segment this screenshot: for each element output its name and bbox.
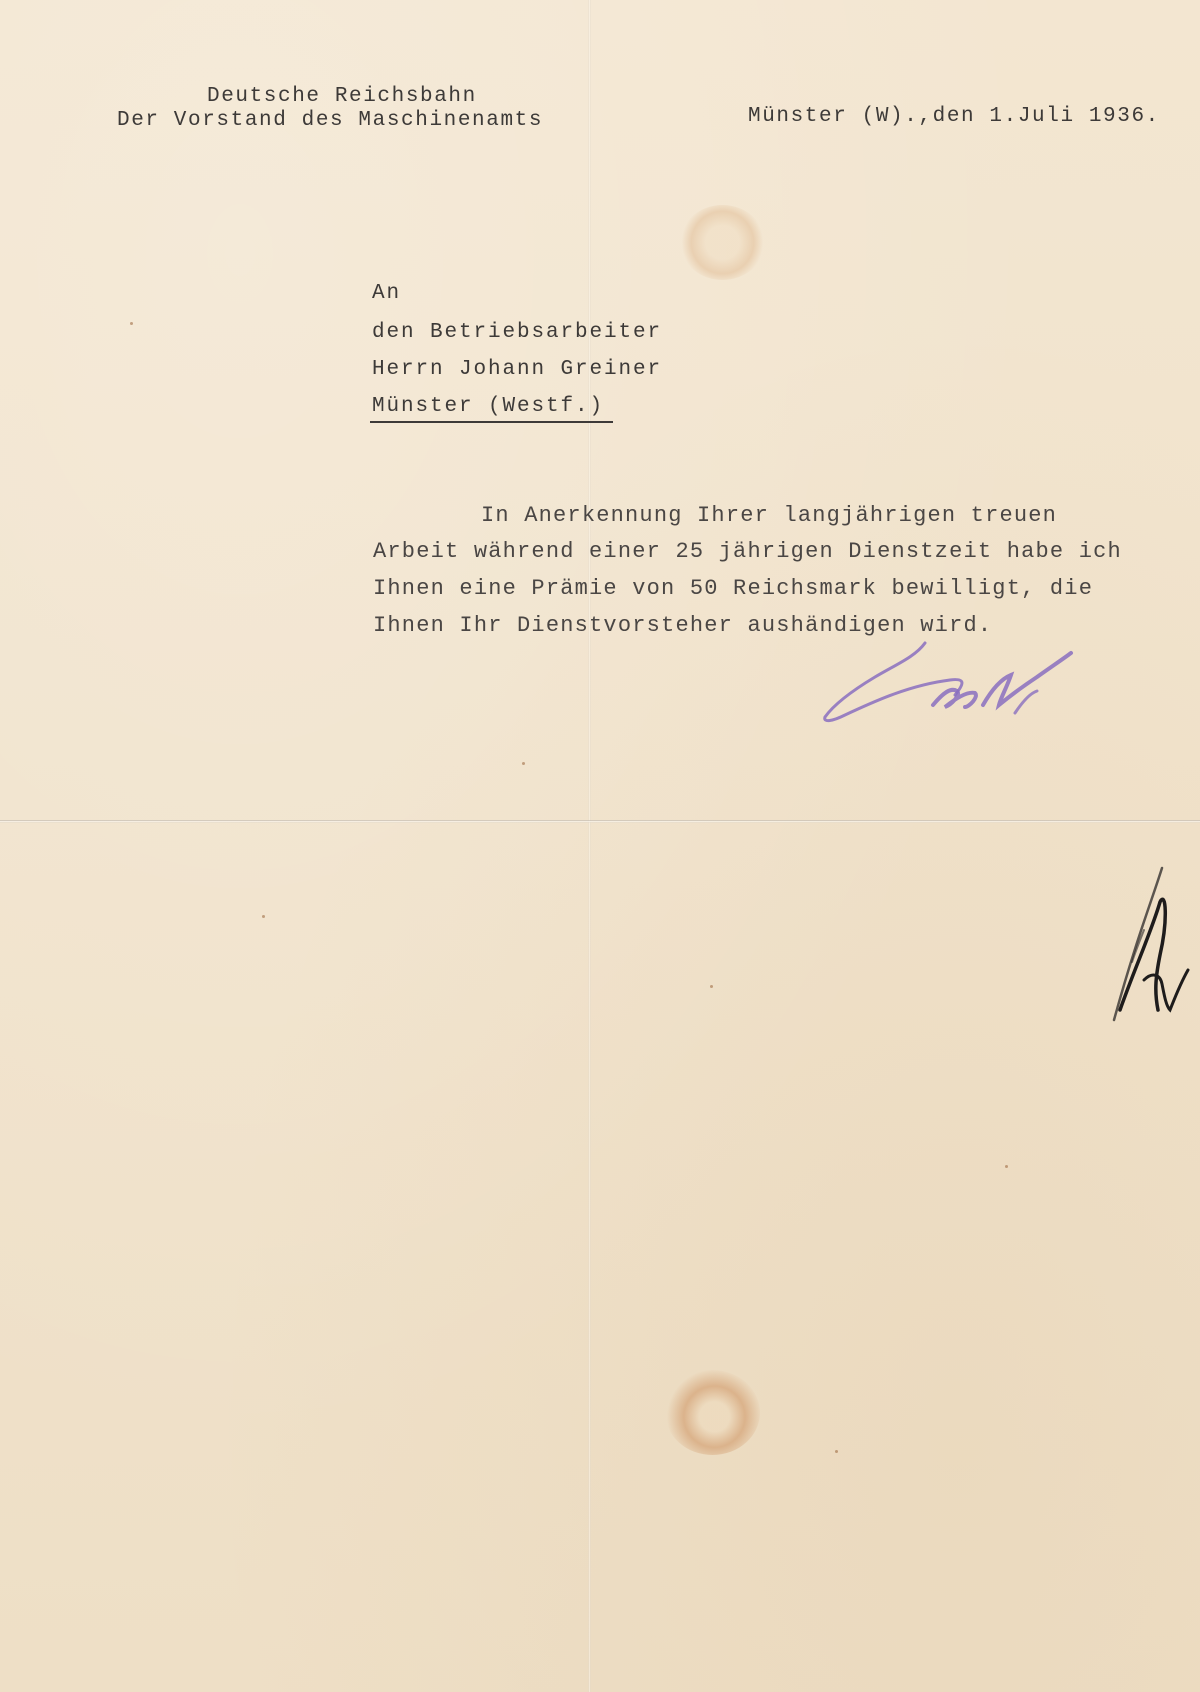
paper-speck (1005, 1165, 1008, 1168)
body-line: Ihnen eine Prämie von 50 Reichsmark bewi… (373, 578, 1093, 600)
paper-speck (130, 322, 133, 325)
horizontal-fold-line (0, 820, 1200, 823)
recipient-city-underline (370, 421, 613, 423)
body-line: Arbeit während einer 25 jährigen Dienstz… (373, 541, 1122, 563)
recipient-line: den Betriebsarbeiter (372, 322, 662, 343)
letterhead-department: Der Vorstand des Maschinenamts (117, 110, 543, 131)
recipient-line: An (372, 283, 401, 304)
black-initials-icon (1100, 860, 1190, 1030)
paper-speck (710, 985, 713, 988)
paper-speck (835, 1450, 838, 1453)
dateline: Münster (W).,den 1.Juli 1936. (748, 106, 1160, 127)
letter-page: Deutsche Reichsbahn Der Vorstand des Mas… (0, 0, 1200, 1692)
body-line: In Anerkennung Ihrer langjährigen treuen (481, 505, 1057, 527)
paper-speck (522, 762, 525, 765)
coffee-stain-bottom (665, 1370, 760, 1455)
purple-signature-icon (815, 635, 1075, 735)
letterhead-organization: Deutsche Reichsbahn (207, 86, 477, 107)
paper-speck (262, 915, 265, 918)
recipient-city: Münster (Westf.) (372, 396, 604, 417)
coffee-stain-top (680, 205, 765, 280)
body-line: Ihnen Ihr Dienstvorsteher aushändigen wi… (373, 615, 992, 637)
vertical-fold-line (588, 0, 591, 1692)
recipient-line: Herrn Johann Greiner (372, 359, 662, 380)
